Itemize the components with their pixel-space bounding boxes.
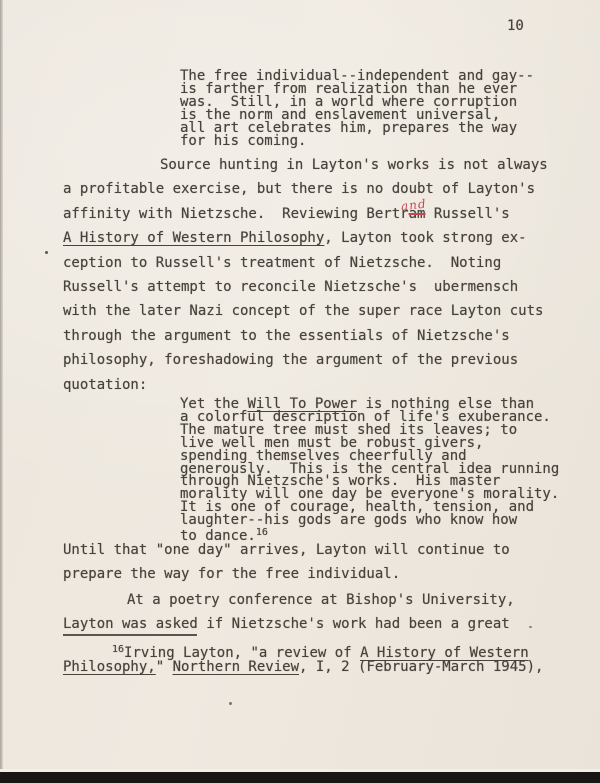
body-text: Russell's: [425, 206, 509, 222]
body-line: philosophy, foreshadowing the argument o…: [63, 348, 548, 372]
footnote-text: ": [156, 659, 173, 675]
quote-line: for his coming.: [180, 135, 534, 148]
body-line: quotation:: [63, 373, 548, 397]
body-text: affinity with Nietzsche. Reviewing Bertr: [63, 206, 409, 222]
page-number: 10: [507, 18, 524, 34]
body-line: Until that "one day" arrives, Layton wil…: [63, 538, 510, 562]
body-line: At a poetry conference at Bishop's Unive…: [63, 588, 515, 612]
body-line: a profitable exercise, but there is no d…: [63, 177, 548, 201]
underlined-book-title: A History of Western Philosophy: [63, 230, 324, 246]
footnote-text: , I, 2 (February-March 1945),: [299, 659, 543, 675]
block-quote-free-individual: The free individual--independent and gay…: [180, 70, 534, 147]
footnote-line: 16Irving Layton, "a review of A History …: [63, 643, 543, 660]
paper-speck: [529, 626, 532, 628]
quote-line: laughter--his gods are gods who know how: [180, 514, 559, 527]
body-line: with the later Nazi concept of the super…: [63, 299, 548, 323]
underlined-journal-title: Northern Review: [173, 659, 299, 675]
document-page: 10 The free individual--independent and …: [0, 0, 600, 783]
handwritten-correction: and: [400, 191, 428, 218]
body-line: Russell's attempt to reconcile Nietzsche…: [63, 275, 548, 299]
block-quote-will-to-power: Yet the Will To Power is nothing else th…: [180, 398, 559, 543]
footnote-reference: 16: [256, 527, 268, 538]
body-line: Source hunting in Layton's works is not …: [63, 153, 548, 177]
body-line-with-correction: affinity with Nietzsche. Reviewing Bertr…: [63, 202, 548, 226]
paragraph-source-hunting: Source hunting in Layton's works is not …: [63, 153, 548, 397]
footnote-16: 16Irving Layton, "a review of A History …: [63, 643, 543, 674]
paper-speck: [229, 702, 232, 705]
paper-speck: [45, 251, 48, 254]
body-line: ception to Russell's treatment of Nietzs…: [63, 251, 548, 275]
page-left-edge: [0, 0, 3, 783]
body-line: prepare the way for the free individual.: [63, 562, 510, 586]
body-text: , Layton took strong ex-: [324, 230, 526, 246]
footnote-separator-rule: [63, 634, 197, 636]
body-line: through the argument to the essentials o…: [63, 324, 548, 348]
body-line: A History of Western Philosophy, Layton …: [63, 226, 548, 250]
footnote-number: 16: [112, 644, 124, 655]
paragraph-poetry-conference: At a poetry conference at Bishop's Unive…: [63, 588, 515, 637]
underlined-book-title: Philosophy,: [63, 659, 156, 675]
paragraph-until-that-day: Until that "one day" arrives, Layton wil…: [63, 538, 510, 587]
scan-background-bottom: [0, 772, 600, 783]
footnote-line: Philosophy," Northern Review, I, 2 (Febr…: [63, 660, 543, 674]
